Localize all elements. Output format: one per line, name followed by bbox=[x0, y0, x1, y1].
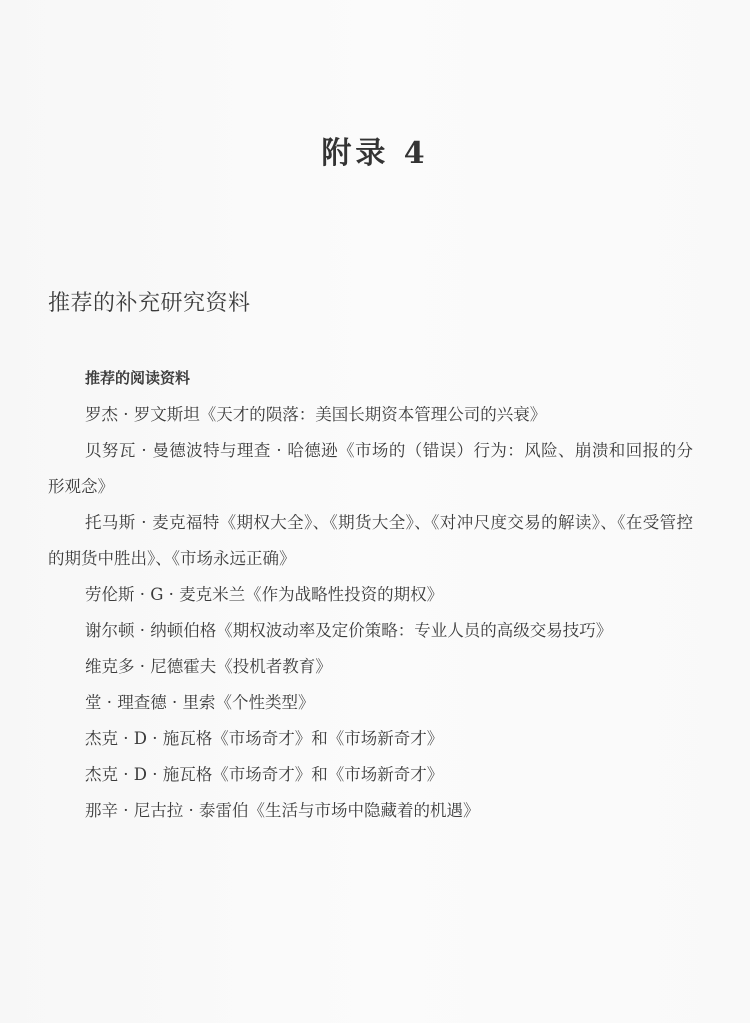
reading-list-item: 堂 · 理查德 · 里索《个性类型》 bbox=[48, 685, 693, 721]
reading-list-item: 贝努瓦 · 曼德波特与理查 · 哈德逊《市场的（错误）行为：风险、崩溃和回报的分… bbox=[48, 433, 693, 505]
reading-list-item: 托马斯 · 麦克福特《期权大全》、《期货大全》、《对冲尺度交易的解读》、《在受管… bbox=[48, 505, 693, 577]
reading-list-item: 维克多 · 尼德霍夫《投机者教育》 bbox=[48, 649, 693, 685]
book-page: 附录 4 推荐的补充研究资料 推荐的阅读资料 罗杰 · 罗文斯坦《天才的陨落：美… bbox=[0, 0, 750, 1023]
subsection-title: 推荐的阅读资料 bbox=[85, 367, 190, 388]
reading-list-item: 那辛 · 尼古拉 · 泰雷伯《生活与市场中隐藏着的机遇》 bbox=[48, 793, 693, 829]
reading-list-item: 谢尔顿 · 纳顿伯格《期权波动率及定价策略：专业人员的高级交易技巧》 bbox=[48, 613, 693, 649]
section-title: 推荐的补充研究资料 bbox=[48, 286, 251, 317]
reading-list-item: 杰克 · D · 施瓦格《市场奇才》和《市场新奇才》 bbox=[48, 757, 693, 793]
reading-list-item: 杰克 · D · 施瓦格《市场奇才》和《市场新奇才》 bbox=[48, 721, 693, 757]
reading-list-item: 劳伦斯 · G · 麦克米兰《作为战略性投资的期权》 bbox=[48, 577, 693, 613]
appendix-title: 附录 4 bbox=[0, 128, 750, 172]
reading-list: 罗杰 · 罗文斯坦《天才的陨落：美国长期资本管理公司的兴衰》 贝努瓦 · 曼德波… bbox=[48, 397, 693, 829]
reading-list-item: 罗杰 · 罗文斯坦《天才的陨落：美国长期资本管理公司的兴衰》 bbox=[48, 397, 693, 433]
